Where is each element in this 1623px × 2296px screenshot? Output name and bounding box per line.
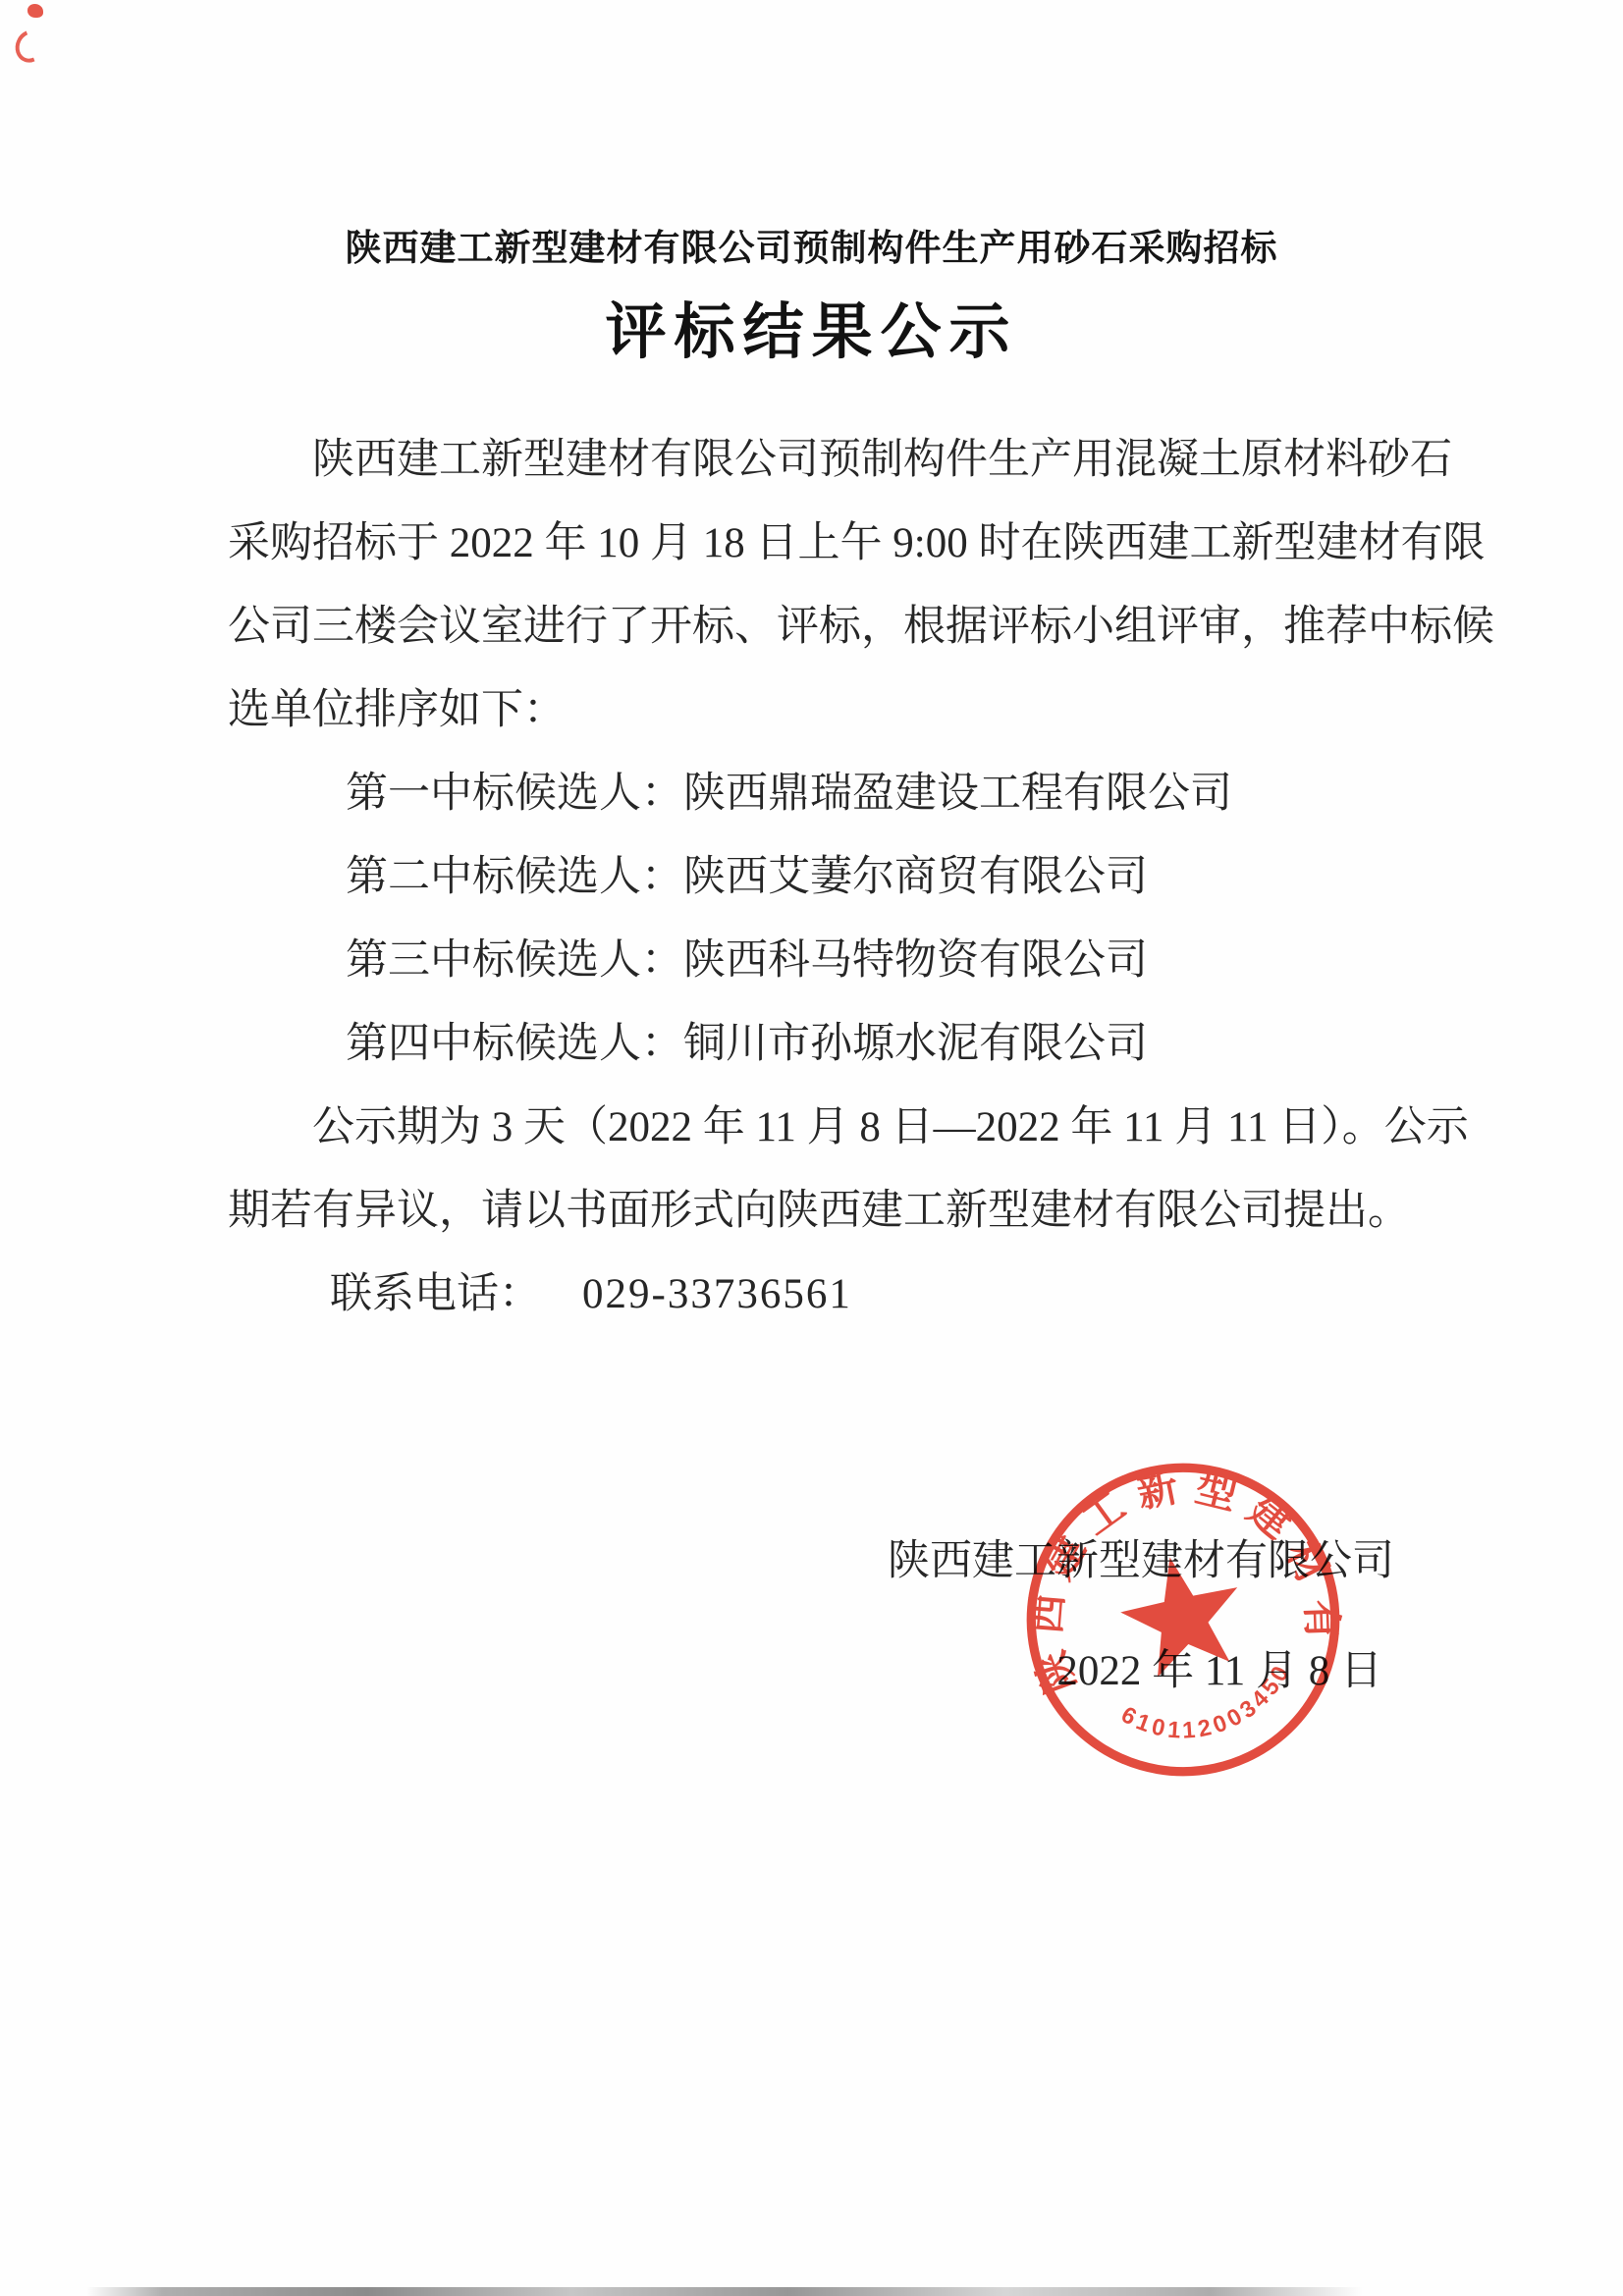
candidate-row: 第一中标候选人：陕西鼎瑞盈建设工程有限公司 (346, 752, 1465, 835)
candidate-name: 陕西艾萋尔商贸有限公司 (683, 854, 1148, 900)
document-body: 陕西建工新型建材有限公司预制构件生产用混凝土原材料砂石 采购招标于 2022 年… (228, 418, 1465, 1336)
intro-line: 采购招标于 2022 年 10 月 18 日上午 9:00 时在陕西建工新型建材… (228, 502, 1465, 585)
candidate-label: 第二中标候选人： (346, 854, 683, 900)
intro-line: 选单位排序如下： (228, 668, 1465, 752)
notice-line: 公示期为 3 天（2022 年 11 月 8 日—2022 年 11 月 11 … (228, 1086, 1465, 1169)
seal-ring (1003, 1440, 1364, 1800)
red-scan-artifact (27, 4, 43, 18)
document-subtitle: 评标结果公示 (0, 283, 1623, 370)
candidate-label: 第一中标候选人： (346, 771, 683, 817)
candidate-row: 第二中标候选人：陕西艾萋尔商贸有限公司 (346, 835, 1465, 919)
candidate-row: 第三中标候选人：陕西科马特物资有限公司 (346, 919, 1465, 1002)
candidate-label: 第四中标候选人： (346, 1021, 683, 1067)
candidate-name: 陕西鼎瑞盈建设工程有限公司 (683, 771, 1232, 817)
page-bottom-artifact (86, 2287, 1363, 2296)
signature-company: 陕西建工新型建材有限公司 (888, 1527, 1394, 1587)
contact-phone: 029-33736561 (582, 1271, 852, 1317)
intro-line: 陕西建工新型建材有限公司预制构件生产用混凝土原材料砂石 (228, 418, 1465, 502)
contact-line: 联系电话：029-33736561 (330, 1253, 1465, 1336)
candidate-label: 第三中标候选人： (346, 937, 683, 984)
company-seal-stamp: 陕西建工新型建材有限公司 6101120034501 (991, 1424, 1377, 1814)
contact-label: 联系电话： (330, 1271, 541, 1317)
document-page: 陕西建工新型建材有限公司预制构件生产用砂石采购招标 评标结果公示 陕西建工新型建… (0, 0, 1623, 2296)
candidate-row: 第四中标候选人：铜川市孙塬水泥有限公司 (346, 1002, 1465, 1086)
red-scan-artifact (10, 25, 50, 67)
signature-date: 2022 年 11 月 8 日 (1056, 1637, 1382, 1697)
candidate-name: 铜川市孙塬水泥有限公司 (683, 1021, 1148, 1067)
seal-code-text: 6101120034501 (991, 1424, 1307, 1776)
candidate-name: 陕西科马特物资有限公司 (683, 937, 1148, 984)
document-title: 陕西建工新型建材有限公司预制构件生产用砂石采购招标 (0, 218, 1623, 271)
intro-line: 公司三楼会议室进行了开标、评标，根据评标小组评审，推荐中标候 (228, 585, 1465, 668)
svg-text:6101120034501: 6101120034501 (991, 1424, 1307, 1776)
notice-line: 期若有异议，请以书面形式向陕西建工新型建材有限公司提出。 (228, 1169, 1465, 1253)
